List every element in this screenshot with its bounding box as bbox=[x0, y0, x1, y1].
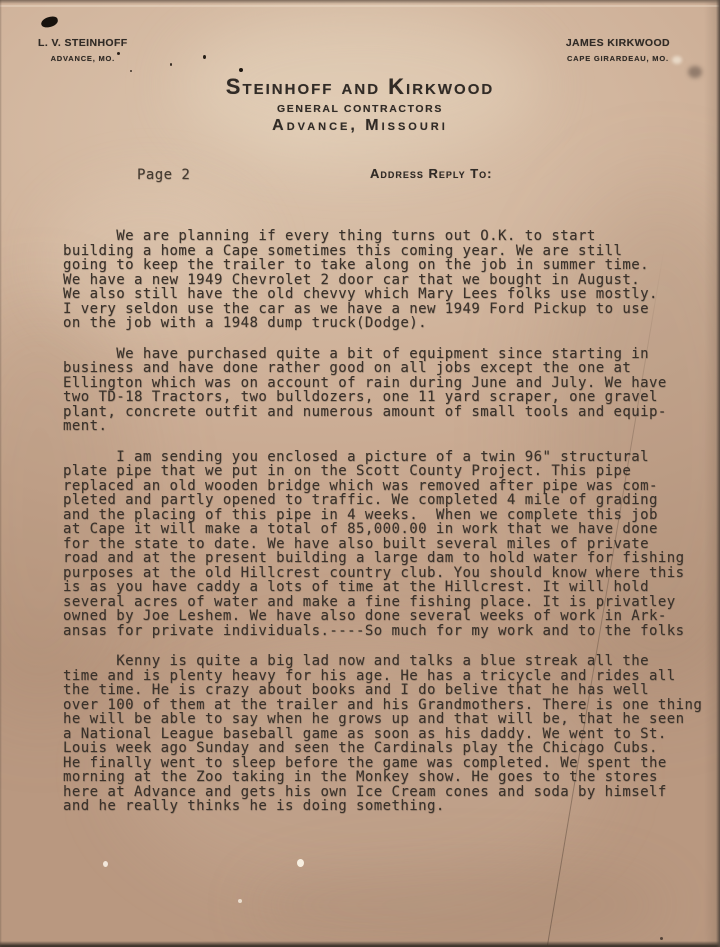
scan-edge-right bbox=[716, 0, 720, 947]
page-number-label: Page 2 bbox=[137, 167, 190, 183]
partner-left-name: L. V. STEINHOFF bbox=[38, 37, 128, 49]
company-name: Steinhoff and Kirkwood bbox=[0, 74, 720, 100]
partner-right: JAMES KIRKWOOD CAPE GIRARDEAU, MO. bbox=[566, 37, 670, 63]
letter-paragraph: We are planning if every thing turns out… bbox=[63, 229, 708, 331]
scan-edge-bottom bbox=[0, 941, 720, 947]
ink-speck bbox=[239, 68, 243, 72]
ink-speck bbox=[203, 55, 206, 59]
scan-edge-left bbox=[0, 0, 2, 947]
ink-blot bbox=[40, 15, 59, 28]
scanned-letter-page: L. V. STEINHOFF ADVANCE, MO. JAMES KIRKW… bbox=[0, 0, 720, 947]
paper-flaw bbox=[297, 859, 304, 867]
ink-speck bbox=[130, 70, 132, 72]
partner-left-location: ADVANCE, MO. bbox=[38, 54, 128, 63]
address-reply-label: Address Reply To: bbox=[370, 166, 492, 181]
scan-edge-highlight bbox=[0, 5, 720, 7]
company-tagline: GENERAL CONTRACTORS bbox=[0, 103, 720, 115]
scan-edge-top bbox=[0, 0, 720, 4]
partner-left: L. V. STEINHOFF ADVANCE, MO. bbox=[38, 37, 128, 63]
ink-speck bbox=[170, 63, 172, 66]
letter-paragraph: I am sending you enclosed a picture of a… bbox=[63, 450, 708, 639]
paper-flaw bbox=[103, 861, 108, 867]
letter-body: We are planning if every thing turns out… bbox=[63, 229, 708, 814]
paper-flaw bbox=[238, 899, 242, 903]
letter-paragraph: Kenny is quite a big lad now and talks a… bbox=[63, 654, 708, 814]
partner-right-location: CAPE GIRARDEAU, MO. bbox=[566, 54, 670, 63]
company-city: Advance, Missouri bbox=[0, 117, 720, 135]
light-smudge bbox=[672, 56, 682, 64]
paper-flaw bbox=[660, 937, 663, 940]
paper-mottle bbox=[250, 860, 670, 947]
partner-right-name: JAMES KIRKWOOD bbox=[566, 37, 670, 49]
letter-paragraph: We have purchased quite a bit of equipme… bbox=[63, 347, 708, 434]
